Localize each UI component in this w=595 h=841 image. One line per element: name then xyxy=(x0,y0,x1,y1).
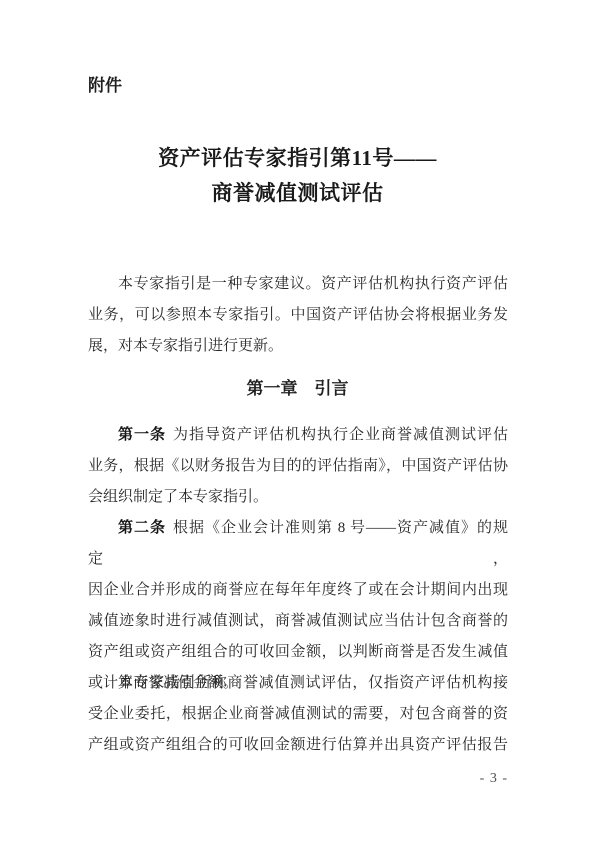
text-line: 受企业委托，根据企业商誉减值测试的需要，对包含商誉的资 xyxy=(88,699,508,730)
attachment-label: 附件 xyxy=(88,74,122,98)
article-1-label: 第一条 xyxy=(118,426,166,443)
article-1-line1-text: 为指导资产评估机构执行企业商誉减值测试评估 xyxy=(173,427,508,443)
document-title: 资产评估专家指引第11号—— 商誉减值测试评估 xyxy=(0,141,595,211)
article-2-label: 第二条 xyxy=(118,519,166,536)
text-line: 第二条根据《企业会计准则第 8 号——资产减值》的规定， xyxy=(88,512,508,575)
text-line: 第一条为指导资产评估机构执行企业商誉减值测试评估 xyxy=(88,419,508,451)
page-number: - 3 - xyxy=(88,769,508,789)
text-line: 会组织制定了本专家指引。 xyxy=(88,482,508,513)
document-page: 附件 资产评估专家指引第11号—— 商誉减值测试评估 本专家指引是一种专家建议。… xyxy=(0,0,595,841)
text-line: 减值迹象时进行减值测试，商誉减值测试应当估计包含商誉的 xyxy=(88,606,508,637)
document-title-line1: 资产评估专家指引第11号—— xyxy=(0,141,595,176)
scope-paragraph: 本专家指引所称商誉减值测试评估，仅指资产评估机构接 受企业委托，根据企业商誉减值… xyxy=(88,668,508,761)
article-1-paragraph: 第一条为指导资产评估机构执行企业商誉减值测试评估 业务，根据《以财务报告为目的的… xyxy=(88,419,508,513)
text-line: 产组或资产组组合的可收回金额进行估算并出具资产评估报告 xyxy=(88,730,508,761)
text-line: 本专家指引所称商誉减值测试评估，仅指资产评估机构接 xyxy=(88,668,508,699)
text-line: 展，对本专家指引进行更新。 xyxy=(88,331,508,362)
text-line: 本专家指引是一种专家建议。资产评估机构执行资产评估 xyxy=(88,269,508,300)
preamble-paragraph: 本专家指引是一种专家建议。资产评估机构执行资产评估 业务，可以参照本专家指引。中… xyxy=(88,269,508,362)
text-line: 因企业合并形成的商誉应在每年年度终了或在会计期间内出现 xyxy=(88,575,508,606)
text-line: 资产组或资产组组合的可收回金额，以判断商誉是否发生减值 xyxy=(88,637,508,668)
text-line: 业务，根据《以财务报告为目的的评估指南》，中国资产评估协 xyxy=(88,451,508,482)
chapter-heading: 第一章 引言 xyxy=(0,373,595,404)
text-line: 业务，可以参照本专家指引。中国资产评估协会将根据业务发 xyxy=(88,300,508,331)
document-title-line2: 商誉减值测试评估 xyxy=(0,176,595,211)
